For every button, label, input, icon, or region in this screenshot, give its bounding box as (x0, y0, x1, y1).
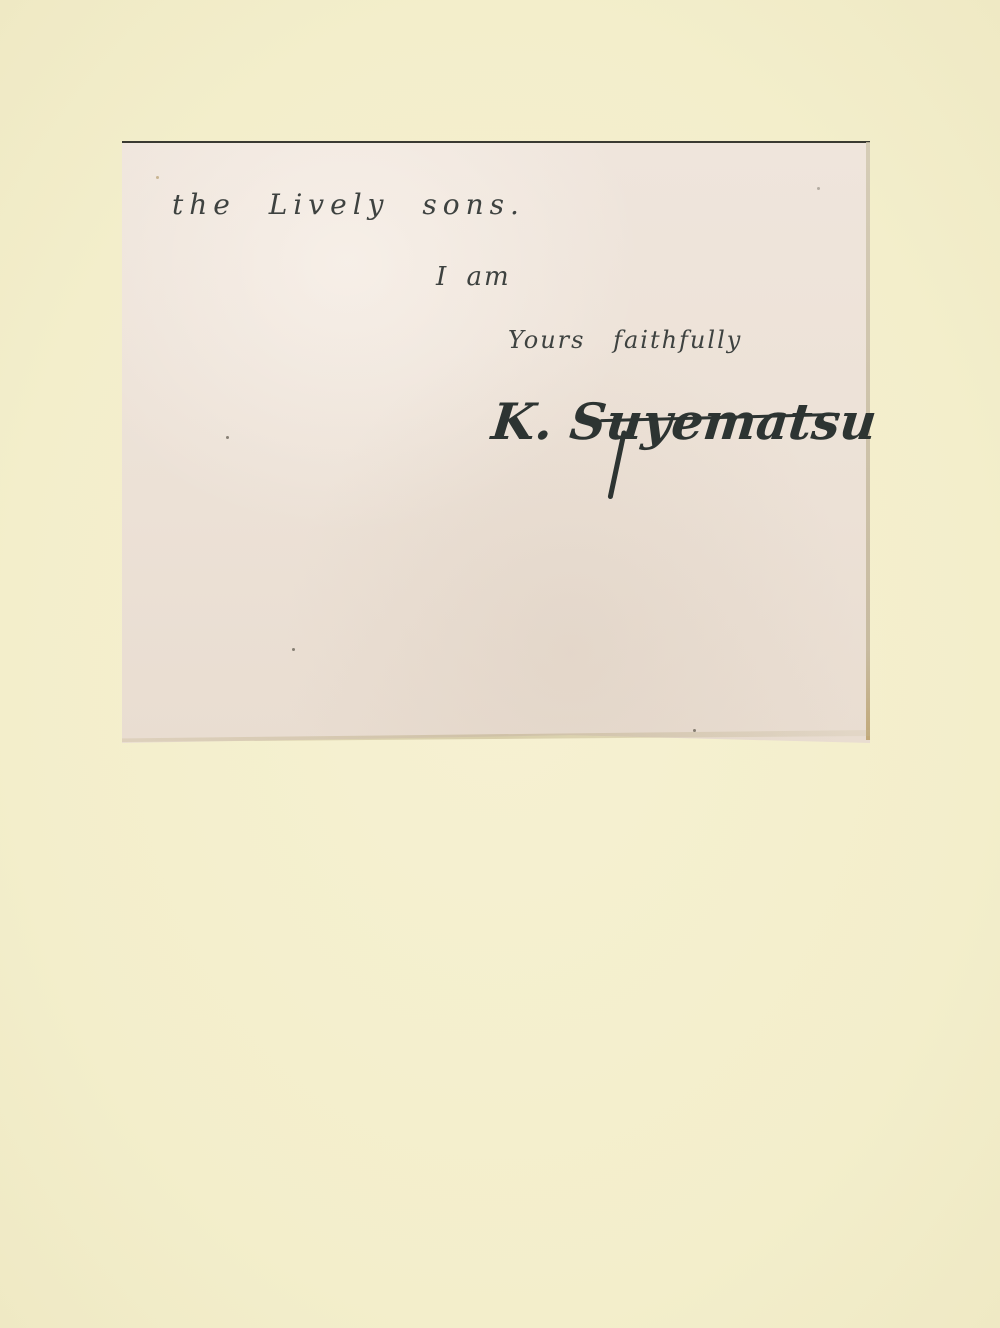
handwritten-line-2: I am (436, 262, 511, 292)
handwritten-closing: Yours faithfully (508, 326, 742, 354)
paper-spot (156, 176, 159, 179)
signature: K. Suyematsu (489, 392, 880, 451)
paper-speck (693, 729, 696, 732)
handwritten-line-1: the Lively sons. (172, 188, 525, 221)
paper-speck (292, 648, 295, 651)
paper-speck (226, 436, 229, 439)
paper-speck (817, 187, 820, 190)
